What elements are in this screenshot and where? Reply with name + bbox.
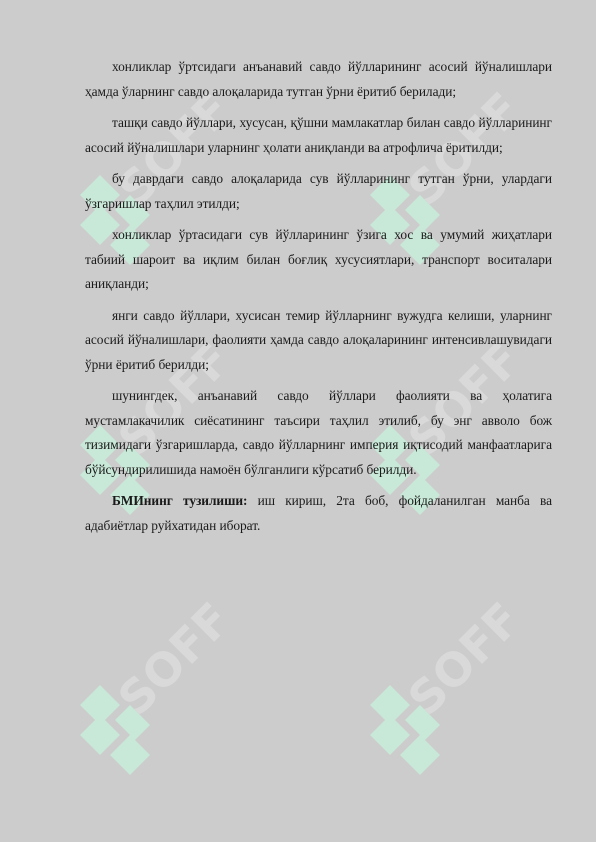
structure-heading: БМИнинг тузилиши:: [112, 493, 247, 508]
structure-paragraph: БМИнинг тузилиши: иш кириш, 2та боб, фой…: [85, 489, 552, 538]
document-page: SOFF SOFF SOFF SOFF: [0, 0, 596, 842]
soff-watermark: SOFF: [350, 600, 550, 800]
svg-text:SOFF: SOFF: [398, 600, 532, 726]
paragraph: хонликлар ўртсидаги анъанавий савдо йўлл…: [85, 55, 552, 104]
svg-text:SOFF: SOFF: [108, 600, 242, 726]
document-body: хонликлар ўртсидаги анъанавий савдо йўлл…: [85, 55, 552, 545]
paragraph: шунингдек, анъанавий савдо йўллари фаоли…: [85, 384, 552, 482]
paragraph: янги савдо йўллари, хусисан темир йўллар…: [85, 304, 552, 378]
soff-watermark: SOFF: [60, 600, 260, 800]
paragraph: ташқи савдо йўллари, хусусан, қўшни мамл…: [85, 111, 552, 160]
soff-logo-icon: SOFF: [350, 600, 550, 800]
paragraph: хонликлар ўртасидаги сув йўлларининг ўзи…: [85, 223, 552, 297]
paragraph: бу даврдаги савдо алоқаларида сув йўллар…: [85, 167, 552, 216]
soff-logo-icon: SOFF: [60, 600, 260, 800]
